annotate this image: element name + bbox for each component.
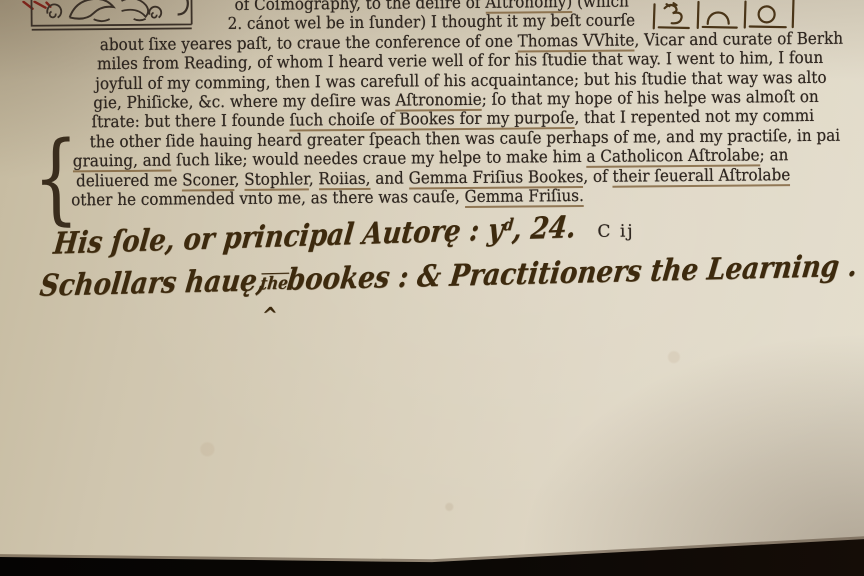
book-page-photo: of Coſmography, to the deſire of Aſtrono…	[0, 0, 864, 576]
text-segment: , of	[583, 166, 612, 185]
note1-text: His ſole, or principal Autorę : y	[52, 212, 505, 261]
print-line-text: other he commended vnto me, as there was…	[71, 186, 584, 210]
handwritten-note-1: His ſole, or principal Autorę : yd, 24.	[52, 210, 578, 262]
text-segment: gie, Phiſicke, &c. where my deſire was	[93, 91, 395, 113]
text-segment: ; an	[760, 145, 789, 164]
text-segment: ,	[309, 169, 319, 188]
inserted-word: the	[259, 274, 289, 295]
text-segment: , that I repented not my commi	[574, 106, 814, 127]
print-lines: of Coſmography, to the deſire of Aſtrono…	[0, 0, 864, 210]
underlined-text: their ſeuerall Aſtrolabe	[612, 165, 790, 188]
underlined-text: Aſtronomie	[395, 90, 481, 112]
underlined-text: Roiias,	[318, 168, 370, 189]
signature-mark: C ij	[597, 222, 634, 242]
text-segment: , Vicar and curate of Berkh	[634, 28, 843, 49]
text-segment: (which	[572, 0, 629, 11]
text-segment: deliuered me	[76, 170, 182, 190]
margin-brace: {	[33, 140, 79, 215]
text-segment: ; ſo that my hope of his helpe was almoſ…	[482, 87, 819, 109]
caret-icon: ^	[260, 302, 278, 327]
page-content: of Coſmography, to the deſire of Aſtrono…	[0, 0, 864, 576]
underlined-text: Sconer	[182, 170, 235, 191]
text-segment: ſtrate: but there I founde	[91, 111, 289, 132]
note2-text: Schollars hauę,	[38, 263, 268, 304]
text-segment: other he commended vnto me, as there was…	[71, 187, 465, 209]
underlined-text: Stophler	[244, 169, 309, 191]
note1-tail: , 24.	[511, 210, 578, 247]
text-segment: and	[370, 168, 408, 187]
underlined-text: Gemma Friſius.	[465, 186, 584, 208]
note2-tail: bookes : & Practitioners the Learning .	[276, 249, 859, 298]
text-segment: ,	[235, 169, 245, 188]
